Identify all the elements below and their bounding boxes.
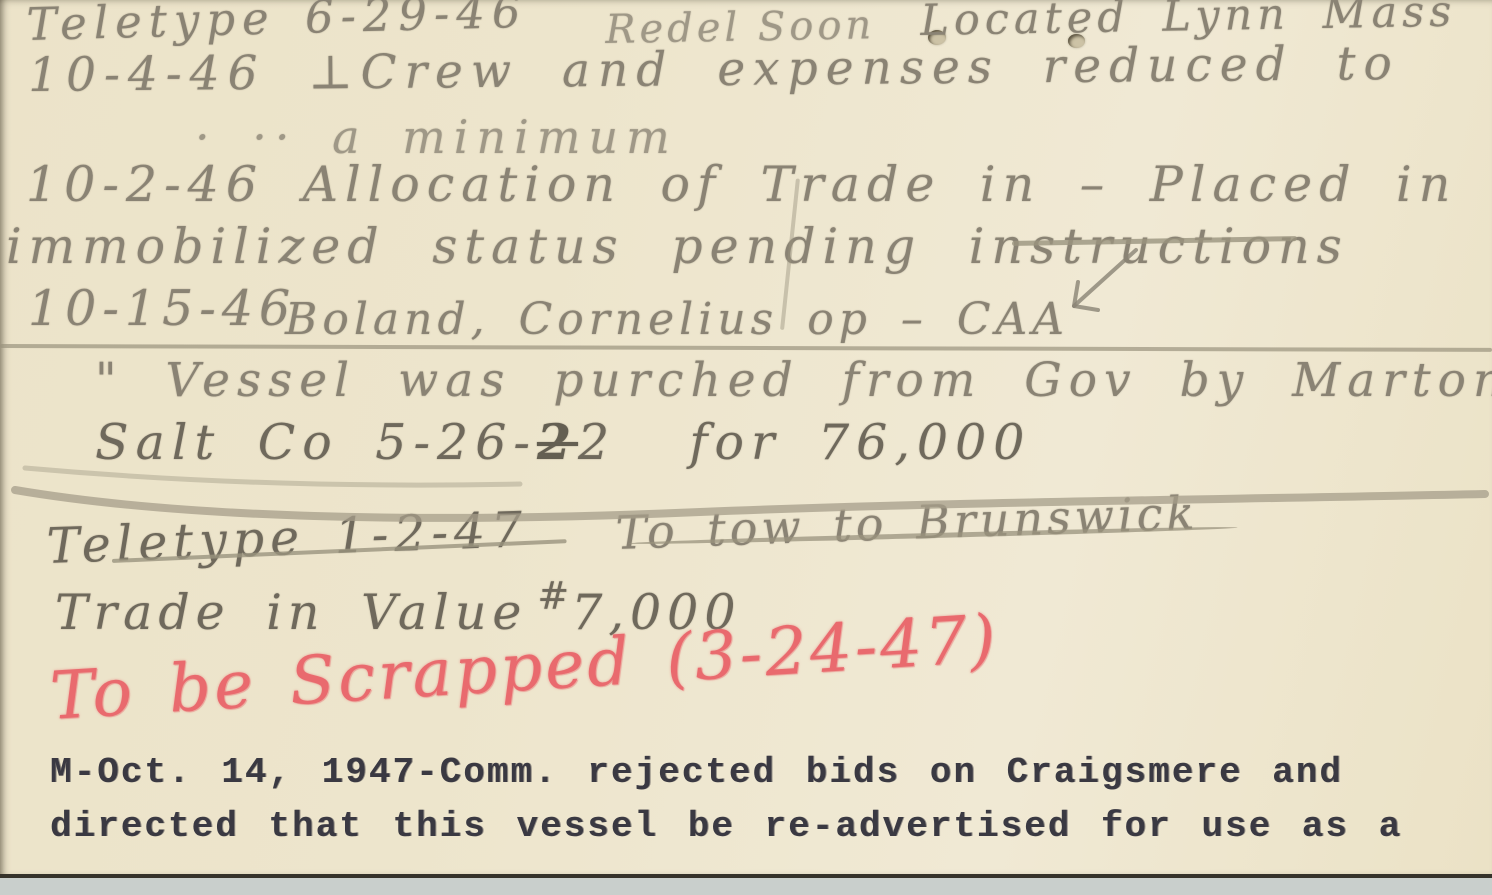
note-date-10-15-46: 10-15-46 [28, 284, 296, 333]
scan-background: { "palette": { "card": "#ede5cc", "desk"… [0, 0, 1492, 895]
note-crew-expenses: 10-4-46 ⊥Crew and expenses reduced to [28, 40, 1400, 99]
typed-note-line2: directed that this vessel be re-advertis… [50, 806, 1402, 847]
index-card: Teletype 6-29-46 Redel Soon Located Lynn… [0, 0, 1492, 878]
wavy-pencil-divider [0, 450, 1492, 530]
note-boland-cornelius: Boland, Cornelius op – CAA [285, 298, 1069, 342]
note-a-minimum: · ·· a minimum [195, 114, 678, 160]
typed-note-line1: M-Oct. 14, 1947-Comm. rejected bids on C… [50, 752, 1343, 793]
pencil-divider-rule [0, 344, 1492, 352]
note-teletype-6-29-46: Teletype 6-29-46 [26, 0, 528, 47]
note-allocation-trade-in: 10-2-46 Allocation of Trade in – Placed … [26, 160, 1457, 209]
pencil-arrow-mark [1048, 244, 1143, 334]
note-immobilized-status: immobilized status pending instructions [6, 222, 1349, 271]
number-sign: # [537, 574, 575, 618]
note-vessel-purchased: " Vessel was purched from Gov by Marton [95, 357, 1492, 404]
